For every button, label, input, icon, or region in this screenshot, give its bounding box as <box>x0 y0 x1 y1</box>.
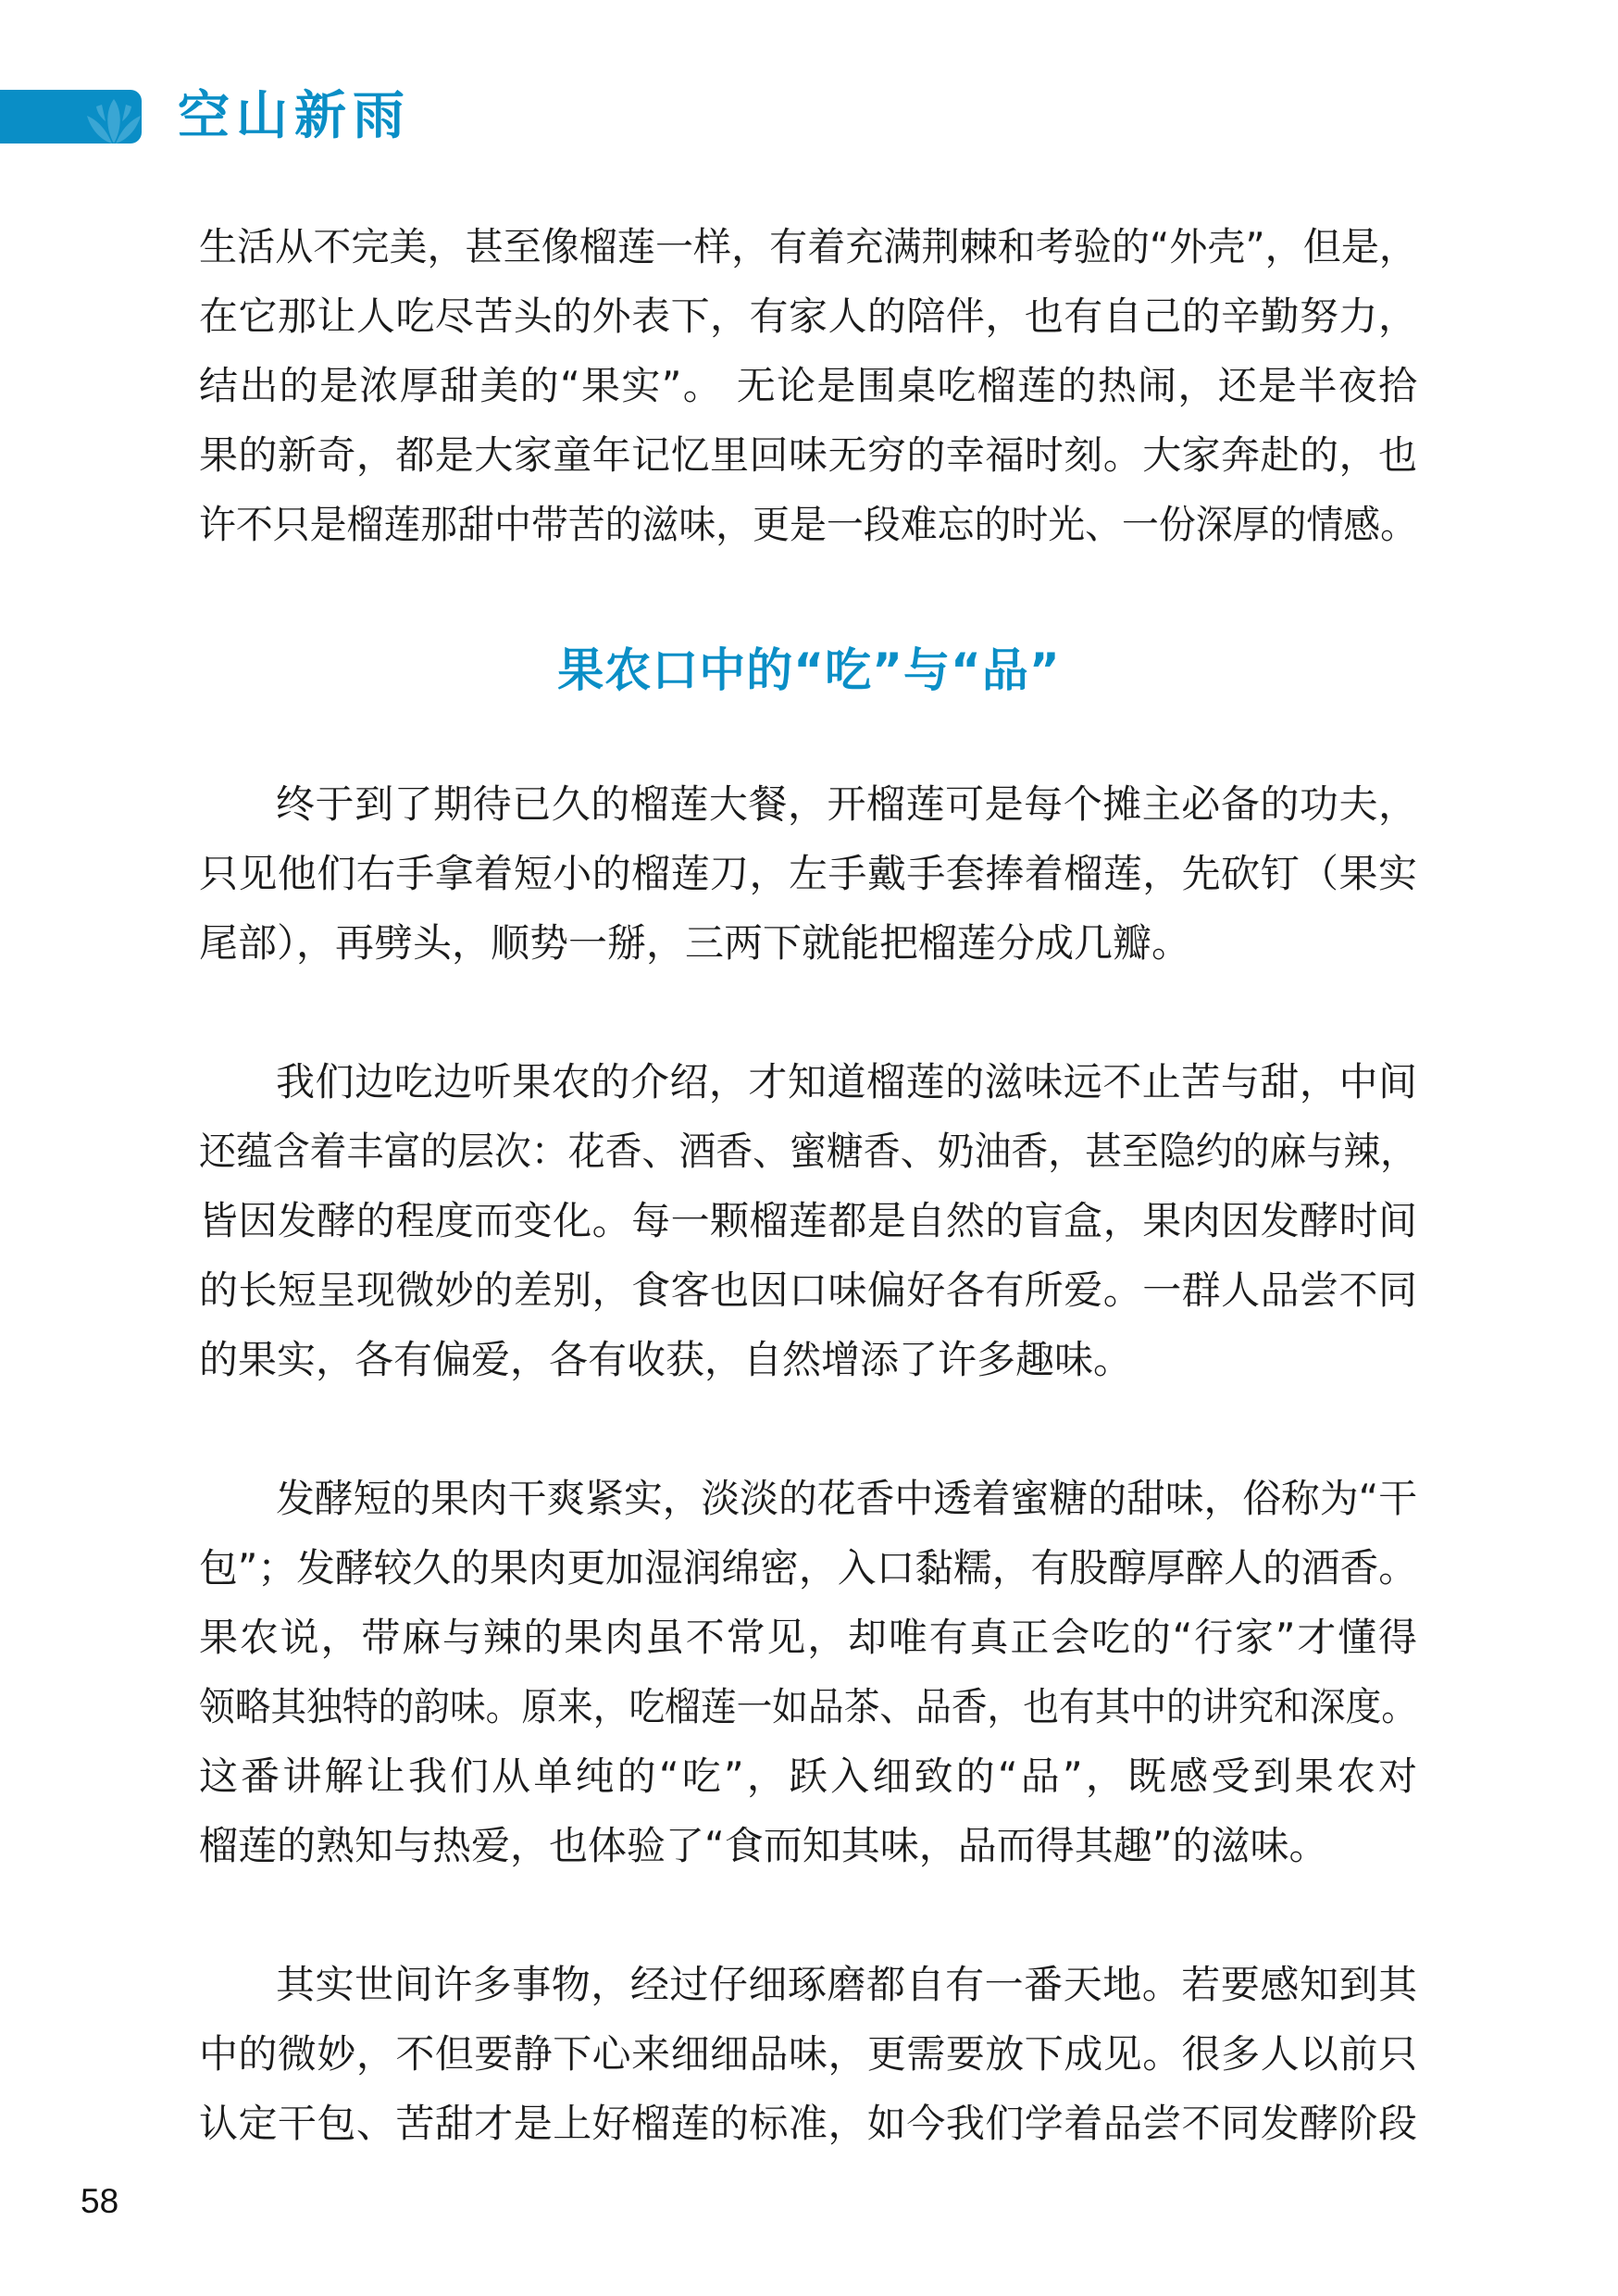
text-line: 的长短呈现微妙的差别，食客也因口味偏好各有所爱。一群人品尝不同 <box>199 1267 1417 1337</box>
text-line: 认定干包、苦甜才是上好榴莲的标准，如今我们学着品尝不同发酵阶段 <box>199 2101 1417 2170</box>
header-accent-bar <box>0 90 142 143</box>
publication-title: 空山新雨 <box>178 87 411 146</box>
text-line: 尾部），再劈头，顺势一掰，三两下就能把榴莲分成几瓣。 <box>199 920 1417 990</box>
section-heading: 果农口中的“吃”与“品” <box>0 641 1618 700</box>
text-line: 结出的是浓厚甜美的“果实”。 无论是围桌吃榴莲的热闹，还是半夜拾 <box>199 363 1417 432</box>
text-line: 中的微妙，不但要静下心来细细品味，更需要放下成见。很多人以前只 <box>199 2031 1417 2101</box>
text-line: 生活从不完美，甚至像榴莲一样，有着充满荆棘和考验的“外壳”，但是， <box>199 224 1417 293</box>
text-line: 的果实，各有偏爱，各有收获，自然增添了许多趣味。 <box>199 1337 1417 1406</box>
text-line: 还蕴含着丰富的层次：花香、酒香、蜜糖香、奶油香，甚至隐约的麻与辣， <box>199 1129 1417 1198</box>
text-line: 果的新奇，都是大家童年记忆里回味无穷的幸福时刻。大家奔赴的，也 <box>199 432 1417 502</box>
text-line: 包”；发酵较久的果肉更加湿润绵密，入口黏糯，有股醇厚醉人的酒香。 <box>199 1545 1417 1615</box>
text-line: 许不只是榴莲那甜中带苦的滋味，更是一段难忘的时光、一份深厚的情感。 <box>199 502 1417 571</box>
lotus-icon <box>85 95 142 143</box>
text-line: 其实世间许多事物，经过仔细琢磨都自有一番天地。若要感知到其 <box>199 1962 1417 2031</box>
text-line: 领略其独特的韵味。原来，吃榴莲一如品茶、品香，也有其中的讲究和深度。 <box>199 1684 1417 1753</box>
text-line: 这番讲解让我们从单纯的“吃”，跃入细致的“品”，既感受到果农对 <box>199 1753 1417 1823</box>
text-line: 在它那让人吃尽苦头的外表下，有家人的陪伴，也有自己的辛勤努力， <box>199 293 1417 363</box>
text-line: 果农说，带麻与辣的果肉虽不常见，却唯有真正会吃的“行家”才懂得 <box>199 1615 1417 1684</box>
text-line: 发酵短的果肉干爽紧实，淡淡的花香中透着蜜糖的甜味，俗称为“干 <box>199 1476 1417 1545</box>
text-line: 榴莲的熟知与热爱，也体验了“食而知其味，品而得其趣”的滋味。 <box>199 1823 1417 1892</box>
text-line: 只见他们右手拿着短小的榴莲刀，左手戴手套捧着榴莲，先砍钉（果实 <box>199 851 1417 920</box>
text-line: 我们边吃边听果农的介绍，才知道榴莲的滋味远不止苦与甜，中间 <box>199 1059 1417 1129</box>
text-line: 皆因发酵的程度而变化。每一颗榴莲都是自然的盲盒，果肉因发酵时间 <box>199 1198 1417 1267</box>
text-line: 终于到了期待已久的榴莲大餐，开榴莲可是每个摊主必备的功夫， <box>199 781 1417 851</box>
page-number: 58 <box>81 2183 118 2220</box>
